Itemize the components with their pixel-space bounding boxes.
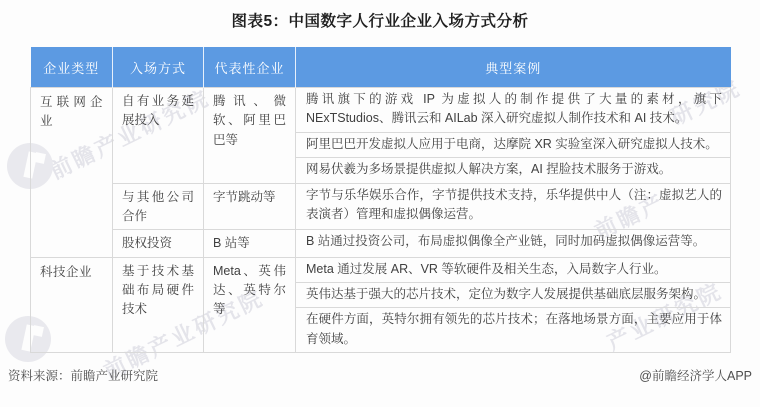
page-title: 图表5：中国数字人行业企业入场方式分析	[0, 0, 760, 31]
table-header-row: 企业类型 入场方式 代表性企业 典型案例	[31, 47, 731, 88]
col-header-entry-method: 入场方式	[113, 47, 204, 88]
cell-representative-companies: B 站等	[204, 230, 296, 257]
entry-method-table: 企业类型 入场方式 代表性企业 典型案例 互联网企业自有业务延展投入腾讯、微软、…	[30, 47, 731, 353]
entry-method-table-wrap: 企业类型 入场方式 代表性企业 典型案例 互联网企业自有业务延展投入腾讯、微软、…	[30, 47, 730, 353]
cell-representative-companies: 腾讯、微软、阿里巴巴等	[204, 88, 296, 184]
cell-representative-companies: Meta、英伟达、英特尔等	[204, 257, 296, 353]
table-row: 与其他公司合作字节跳动等字节与乐华娱乐合作，字节提供技术支持，乐华提供中人（注：…	[31, 183, 731, 230]
footer: 资料来源：前瞻产业研究院 @前瞻经济学人APP	[8, 366, 752, 384]
cell-typical-case: Meta 通过发展 AR、VR 等软硬件及相关生态，入局数字人行业。	[296, 257, 731, 282]
cell-entry-method: 基于技术基础布局硬件技术	[113, 257, 204, 353]
cell-representative-companies: 字节跳动等	[204, 183, 296, 230]
table-row: 科技企业基于技术基础布局硬件技术Meta、英伟达、英特尔等Meta 通过发展 A…	[31, 257, 731, 282]
cell-typical-case: 网易伏羲为多场景提供虚拟人解决方案，AI 捏脸技术服务于游戏。	[296, 158, 731, 183]
cell-typical-case: 字节与乐华娱乐合作，字节提供技术支持，乐华提供中人（注：虚拟艺人的表演者）管理和…	[296, 183, 731, 230]
col-header-typical-case: 典型案例	[296, 47, 731, 88]
cell-entry-method: 股权投资	[113, 230, 204, 257]
cell-company-type: 互联网企业	[31, 88, 113, 258]
table-row: 股权投资B 站等B 站通过投资公司，布局虚拟偶像全产业链，同时加码虚拟偶像运营等…	[31, 230, 731, 257]
cell-entry-method: 与其他公司合作	[113, 183, 204, 230]
col-header-company-type: 企业类型	[31, 47, 113, 88]
table-row: 互联网企业自有业务延展投入腾讯、微软、阿里巴巴等腾讯旗下的游戏 IP 为虚拟人的…	[31, 88, 731, 133]
source-note: 资料来源：前瞻产业研究院	[8, 366, 158, 384]
cell-entry-method: 自有业务延展投入	[113, 88, 204, 184]
cell-typical-case: 阿里巴巴开发虚拟人应用于电商，达摩院 XR 实验室深入研究虚拟人技术。	[296, 132, 731, 157]
table-body: 互联网企业自有业务延展投入腾讯、微软、阿里巴巴等腾讯旗下的游戏 IP 为虚拟人的…	[31, 88, 731, 353]
col-header-representative-companies: 代表性企业	[204, 47, 296, 88]
cell-typical-case: B 站通过投资公司，布局虚拟偶像全产业链，同时加码虚拟偶像运营等。	[296, 230, 731, 257]
credit-note: @前瞻经济学人APP	[639, 366, 752, 384]
cell-typical-case: 腾讯旗下的游戏 IP 为虚拟人的制作提供了大量的素材，旗下 NExTStudio…	[296, 88, 731, 133]
cell-typical-case: 英伟达基于强大的芯片技术，定位为数字人发展提供基础底层服务架构。	[296, 283, 731, 308]
cell-typical-case: 在硬件方面，英特尔拥有领先的芯片技术；在落地场景方面，主要应用于体育领域。	[296, 308, 731, 353]
cell-company-type: 科技企业	[31, 257, 113, 353]
